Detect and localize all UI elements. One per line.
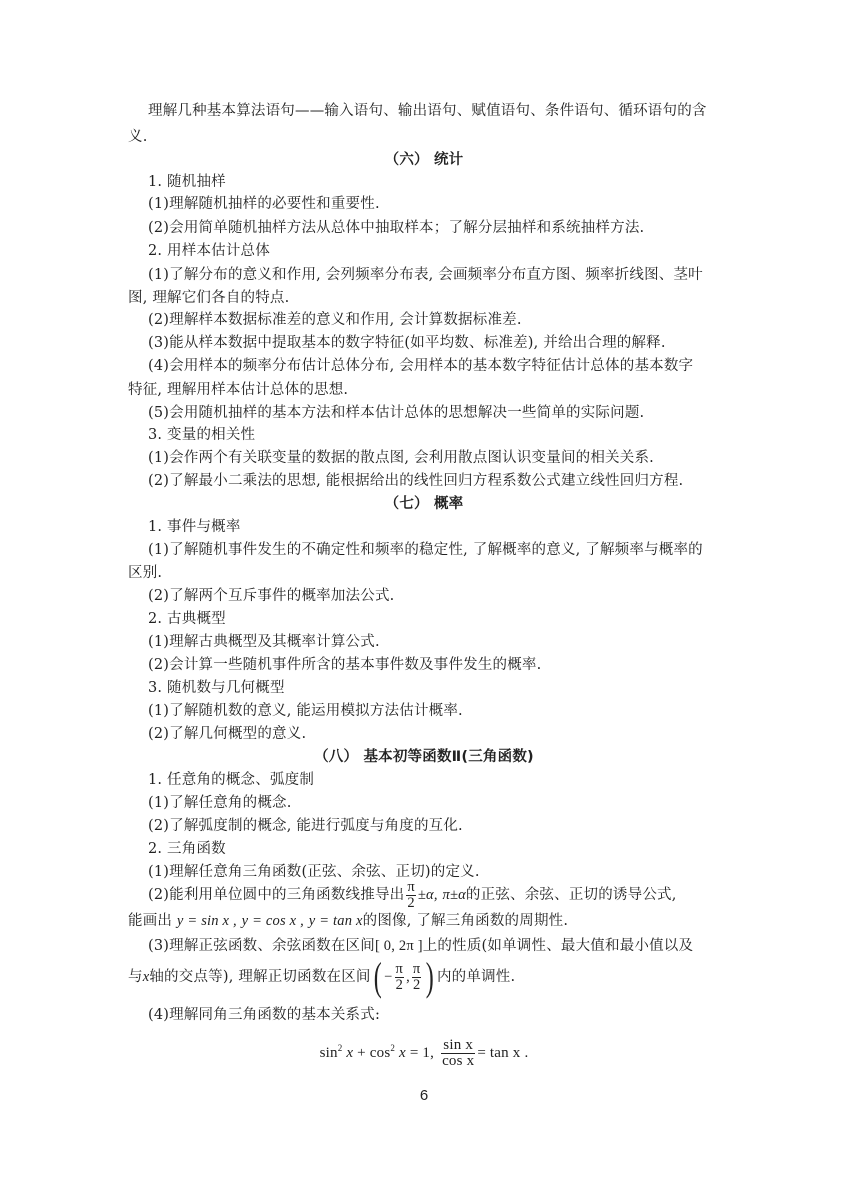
- list-item: (2)会计算一些随机事件所含的基本事件数及事件发生的概率.: [148, 655, 740, 675]
- subsection-title: 3. 随机数与几何概型: [148, 678, 740, 698]
- formula-trig-identities: sin2 x + cos2 x = 1, sin xcos x= tan x .: [128, 1030, 720, 1071]
- section-heading-trig-functions: （八） 基本初等函数Ⅱ(三角函数): [128, 747, 720, 767]
- list-item: (1)会作两个有关联变量的数据的散点图, 会利用散点图认识变量间的相关关系.: [148, 448, 740, 468]
- list-item: (2)了解两个互斥事件的概率加法公式.: [148, 586, 740, 606]
- list-item: (1)理解古典概型及其概率计算公式.: [148, 632, 740, 652]
- text-segment: (3)理解正弦函数、余弦函数在区间: [148, 938, 375, 954]
- list-item-with-formula: (2)能利用单位圆中的三角函数线推导出π2±α, π±α的正弦、余弦、正切的诱导…: [148, 878, 740, 912]
- paragraph-line: 理解几种基本算法语句——输入语句、输出语句、赋值语句、条件语句、循环语句的含: [148, 101, 740, 121]
- fraction-pi-over-2: π2: [412, 962, 422, 993]
- text-segment: 能画出: [128, 913, 172, 929]
- text-segment: 的正弦、余弦、正切的诱导公式,: [466, 887, 677, 903]
- list-item: (2)了解弧度制的概念, 能进行弧度与角度的互化.: [148, 816, 740, 836]
- list-item: (1)了解分布的意义和作用, 会列频率分布表, 会画频率分布直方图、频率折线图、…: [148, 265, 740, 285]
- list-item: (4)会用样本的频率分布估计总体分布, 会用样本的基本数字特征估计总体的基本数字: [148, 356, 740, 376]
- math-pythagorean-identity: sin2 x + cos2 x = 1,: [320, 1045, 435, 1061]
- list-item: (3)能从样本数据中提取基本的数字特征(如平均数、标准差), 并给出合理的解释.: [148, 333, 740, 353]
- list-item: (1)了解任意角的概念.: [148, 793, 740, 813]
- subsection-title: 1. 事件与概率: [148, 517, 740, 537]
- fraction-pi-over-2: π2: [406, 880, 416, 911]
- subsection-title: 2. 古典概型: [148, 609, 740, 629]
- math-y-cos: y = cos x ,: [242, 913, 304, 929]
- list-item-continuation: 特征, 理解用样本估计总体的思想.: [128, 380, 720, 400]
- list-item: (5)会用随机抽样的基本方法和样本估计总体的思想解决一些简单的实际问题.: [148, 403, 740, 423]
- list-item: (2)了解几何概型的意义.: [148, 724, 740, 744]
- text-segment: 轴的交点等), 理解正切函数在区间: [149, 969, 370, 985]
- left-paren: (: [373, 957, 381, 997]
- subsection-title: 1. 任意角的概念、弧度制: [148, 770, 740, 790]
- subsection-title: 1. 随机抽样: [148, 172, 740, 192]
- list-item: (1)了解随机事件发生的不确定性和频率的稳定性, 了解概率的意义, 了解频率与概…: [148, 540, 740, 560]
- text-segment: (2)能利用单位圆中的三角函数线推导出: [148, 887, 404, 903]
- text-segment: 上的性质(如单调性、最大值和最小值以及: [423, 938, 693, 954]
- math-pm-alpha: ±α,: [418, 887, 438, 903]
- list-item: (2)了解最小二乘法的思想, 能根据给出的线性回归方程系数公式建立线性回归方程.: [148, 471, 740, 491]
- fraction-pi-over-2: π2: [395, 962, 405, 993]
- text-segment: 内的单调性.: [437, 969, 515, 985]
- paragraph-line: 义.: [128, 127, 720, 147]
- list-item: (2)理解样本数据标准差的意义和作用, 会计算数据标准差.: [148, 310, 740, 330]
- list-item: (2)会用简单随机抽样方法从总体中抽取样本；了解分层抽样和系统抽样方法.: [148, 218, 740, 238]
- text-segment: 与: [128, 969, 143, 985]
- subsection-title: 2. 三角函数: [148, 839, 740, 859]
- page-number: 6: [0, 1087, 848, 1104]
- subsection-title: 2. 用样本估计总体: [148, 241, 740, 261]
- list-item-continuation: 与x轴的交点等), 理解正切函数在区间(−π2,π2)内的单调性.: [128, 955, 720, 999]
- list-item-continuation: 能画出 y = sin x , y = cos x , y = tan x的图像…: [128, 911, 720, 931]
- list-item-with-formula: (3)理解正弦函数、余弦函数在区间[ 0, 2π ]上的性质(如单调性、最大值和…: [148, 936, 740, 956]
- math-interval-0-2pi: [ 0, 2π ]: [375, 938, 423, 954]
- list-item: (1)理解随机抽样的必要性和重要性.: [148, 194, 740, 214]
- right-paren: ): [426, 957, 434, 997]
- list-item-continuation: 图, 理解它们各自的特点.: [128, 288, 720, 308]
- fraction-sinx-over-cosx: sin xcos x: [441, 1038, 475, 1069]
- list-item-continuation: 区别.: [128, 563, 720, 583]
- list-item: (4)理解同角三角函数的基本关系式:: [148, 1005, 740, 1025]
- text-segment: 的图像, 了解三角函数的周期性.: [363, 913, 569, 929]
- section-heading-probability: （七） 概率: [128, 494, 720, 514]
- math-pi-pm-alpha: π±α: [442, 887, 465, 903]
- section-heading-statistics: （六） 统计: [128, 150, 720, 170]
- list-item: (1)了解随机数的意义, 能运用模拟方法估计概率.: [148, 701, 740, 721]
- math-tan-identity: = tan x .: [477, 1045, 528, 1061]
- math-y-sin: y = sin x ,: [177, 913, 237, 929]
- document-page: 理解几种基本算法语句——输入语句、输出语句、赋值语句、条件语句、循环语句的含 义…: [0, 0, 848, 1200]
- subsection-title: 3. 变量的相关性: [148, 425, 740, 445]
- math-y-tan: y = tan x: [309, 913, 363, 929]
